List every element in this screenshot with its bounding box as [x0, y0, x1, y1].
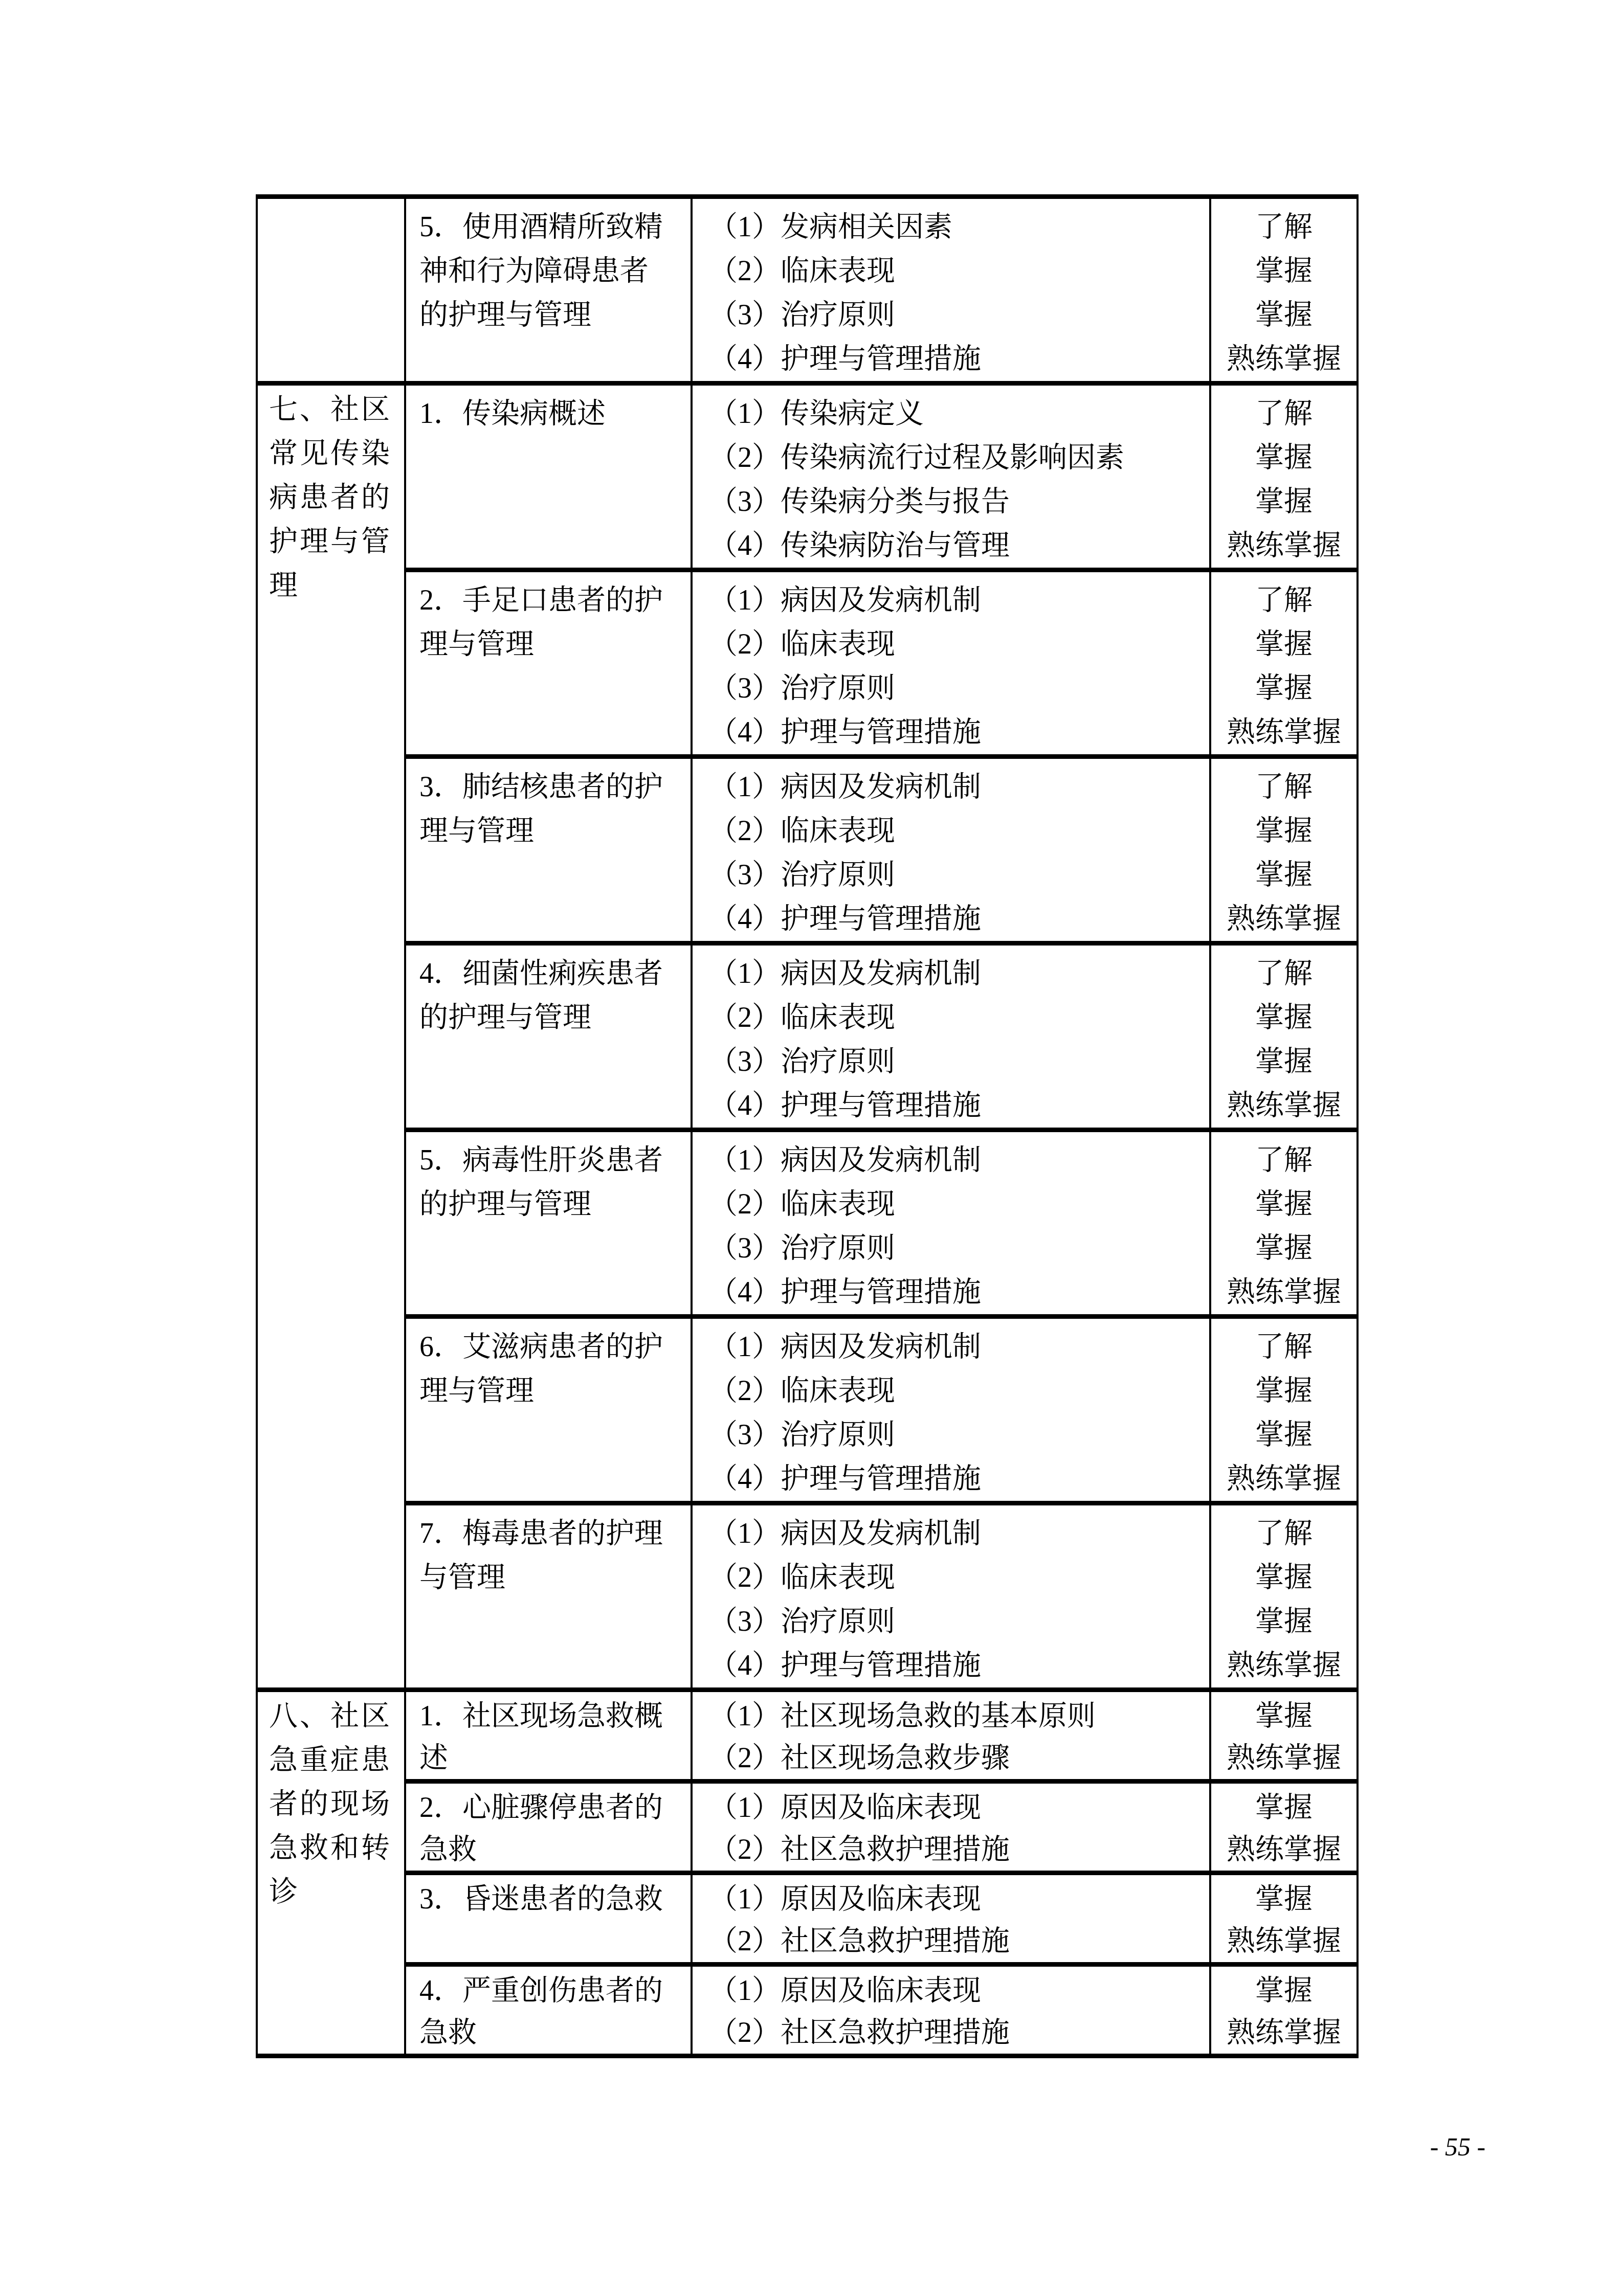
points-stack: （1）原因及临床表现（2）社区急救护理措施	[693, 1967, 1209, 2054]
item-text: 5．使用酒精所致精神和行为障碍患者的护理与管理	[419, 205, 675, 337]
requirement-line: 掌握	[1211, 996, 1356, 1040]
requirement-line: 掌握	[1211, 1040, 1356, 1084]
point-line: （1）发病相关因素	[709, 205, 1209, 249]
requirements-cell: 掌握熟练掌握	[1210, 1782, 1358, 1873]
requirements-cell: 了解掌握掌握熟练掌握	[1210, 1317, 1358, 1503]
requirements-stack: 了解掌握掌握熟练掌握	[1211, 386, 1356, 568]
points-cell: （1）原因及临床表现（2）社区急救护理措施	[692, 1965, 1210, 2056]
point-line: （3）治疗原则	[709, 293, 1209, 337]
item-cell: 5．使用酒精所致精神和行为障碍患者的护理与管理	[405, 197, 692, 384]
table-row: 5．病毒性肝炎患者的护理与管理（1）病因及发病机制（2）临床表现（3）治疗原则（…	[257, 1130, 1358, 1317]
point-line: （1）病因及发病机制	[709, 578, 1209, 622]
requirement-line: 熟练掌握	[1211, 1737, 1356, 1779]
item-text: 7．梅毒患者的护理与管理	[419, 1512, 675, 1600]
item-cell: 3．昏迷患者的急救	[405, 1873, 692, 1965]
requirement-line: 熟练掌握	[1211, 710, 1356, 754]
point-line: （4）护理与管理措施	[709, 897, 1209, 941]
requirement-line: 了解	[1211, 1512, 1356, 1556]
requirement-line: 了解	[1211, 765, 1356, 809]
requirement-line: 了解	[1211, 392, 1356, 436]
requirement-line: 熟练掌握	[1211, 524, 1356, 568]
item-text: 1．社区现场急救概述	[419, 1695, 675, 1779]
point-line: （3）治疗原则	[709, 666, 1209, 710]
requirements-stack: 掌握熟练掌握	[1211, 1967, 1356, 2054]
point-line: （3）治疗原则	[709, 1600, 1209, 1644]
item-text: 1．传染病概述	[419, 392, 675, 436]
requirements-stack: 了解掌握掌握熟练掌握	[1211, 572, 1356, 754]
point-line: （3）治疗原则	[709, 1413, 1209, 1457]
requirements-stack: 了解掌握掌握熟练掌握	[1211, 199, 1356, 381]
requirement-line: 了解	[1211, 1138, 1356, 1182]
point-line: （1）原因及临床表现	[709, 1787, 1209, 1829]
point-line: （1）病因及发病机制	[709, 765, 1209, 809]
table-row: 6．艾滋病患者的护理与管理（1）病因及发病机制（2）临床表现（3）治疗原则（4）…	[257, 1317, 1358, 1503]
requirements-cell: 掌握熟练掌握	[1210, 1690, 1358, 1782]
point-line: （4）护理与管理措施	[709, 1644, 1209, 1687]
point-line: （1）原因及临床表现	[709, 1878, 1209, 1920]
points-cell: （1）发病相关因素（2）临床表现（3）治疗原则（4）护理与管理措施	[692, 197, 1210, 384]
requirement-line: 熟练掌握	[1211, 337, 1356, 381]
table-row: 4．细菌性痢疾患者的护理与管理（1）病因及发病机制（2）临床表现（3）治疗原则（…	[257, 943, 1358, 1130]
item-text: 3．肺结核患者的护理与管理	[419, 765, 675, 853]
item-cell: 1．社区现场急救概述	[405, 1690, 692, 1782]
requirements-stack: 了解掌握掌握熟练掌握	[1211, 1132, 1356, 1314]
points-cell: （1）病因及发病机制（2）临床表现（3）治疗原则（4）护理与管理措施	[692, 570, 1210, 757]
point-line: （2）临床表现	[709, 1369, 1209, 1413]
requirements-stack: 掌握熟练掌握	[1211, 1875, 1356, 1962]
points-stack: （1）病因及发病机制（2）临床表现（3）治疗原则（4）护理与管理措施	[693, 759, 1209, 941]
requirements-stack: 了解掌握掌握熟练掌握	[1211, 759, 1356, 941]
point-line: （1）原因及临床表现	[709, 1970, 1209, 2012]
requirements-cell: 了解掌握掌握熟练掌握	[1210, 197, 1358, 384]
point-line: （2）临床表现	[709, 249, 1209, 293]
item-cell: 3．肺结核患者的护理与管理	[405, 757, 692, 943]
requirement-line: 熟练掌握	[1211, 1920, 1356, 1962]
unit-cell	[257, 197, 405, 384]
point-line: （2）社区急救护理措施	[709, 1920, 1209, 1962]
item-cell: 7．梅毒患者的护理与管理	[405, 1503, 692, 1690]
item-cell: 2．心脏骤停患者的急救	[405, 1782, 692, 1873]
requirement-line: 掌握	[1211, 666, 1356, 710]
requirements-stack: 掌握熟练掌握	[1211, 1784, 1356, 1871]
table-row: 7．梅毒患者的护理与管理（1）病因及发病机制（2）临床表现（3）治疗原则（4）护…	[257, 1503, 1358, 1690]
item-cell: 6．艾滋病患者的护理与管理	[405, 1317, 692, 1503]
points-stack: （1）病因及发病机制（2）临床表现（3）治疗原则（4）护理与管理措施	[693, 572, 1209, 754]
point-line: （1）病因及发病机制	[709, 1512, 1209, 1556]
point-line: （2）社区急救护理措施	[709, 2012, 1209, 2054]
item-cell: 4．严重创伤患者的急救	[405, 1965, 692, 2056]
unit-text: 八、社区急重症患者的现场急救和转诊	[269, 1694, 390, 1914]
page-number: - 55 -	[1409, 2131, 1506, 2162]
point-line: （1）病因及发病机制	[709, 1325, 1209, 1369]
requirement-line: 熟练掌握	[1211, 1644, 1356, 1687]
point-line: （3）治疗原则	[709, 1040, 1209, 1084]
requirement-line: 掌握	[1211, 853, 1356, 897]
document-page: 5．使用酒精所致精神和行为障碍患者的护理与管理（1）发病相关因素（2）临床表现（…	[0, 0, 1624, 2296]
item-text: 2．手足口患者的护理与管理	[419, 578, 675, 666]
item-text: 4．细菌性痢疾患者的护理与管理	[419, 952, 675, 1040]
item-text: 6．艾滋病患者的护理与管理	[419, 1325, 675, 1413]
points-stack: （1）发病相关因素（2）临床表现（3）治疗原则（4）护理与管理措施	[693, 199, 1209, 381]
requirement-line: 熟练掌握	[1211, 897, 1356, 941]
points-stack: （1）原因及临床表现（2）社区急救护理措施	[693, 1875, 1209, 1962]
point-line: （2）临床表现	[709, 1556, 1209, 1600]
requirements-cell: 了解掌握掌握熟练掌握	[1210, 570, 1358, 757]
syllabus-table-body: 5．使用酒精所致精神和行为障碍患者的护理与管理（1）发病相关因素（2）临床表现（…	[257, 197, 1358, 2056]
point-line: （1）社区现场急救的基本原则	[709, 1695, 1209, 1737]
point-line: （2）社区现场急救步骤	[709, 1737, 1209, 1779]
requirement-line: 熟练掌握	[1211, 1457, 1356, 1501]
table-row: 2．心脏骤停患者的急救（1）原因及临床表现（2）社区急救护理措施掌握熟练掌握	[257, 1782, 1358, 1873]
point-line: （1）传染病定义	[709, 392, 1209, 436]
point-line: （4）传染病防治与管理	[709, 524, 1209, 568]
requirement-line: 熟练掌握	[1211, 1270, 1356, 1314]
point-line: （2）临床表现	[709, 622, 1209, 666]
point-line: （1）病因及发病机制	[709, 1138, 1209, 1182]
point-line: （4）护理与管理措施	[709, 1270, 1209, 1314]
point-line: （2）临床表现	[709, 1182, 1209, 1226]
requirement-line: 掌握	[1211, 293, 1356, 337]
item-text: 3．昏迷患者的急救	[419, 1878, 675, 1920]
requirements-stack: 掌握熟练掌握	[1211, 1692, 1356, 1779]
requirement-line: 掌握	[1211, 1787, 1356, 1829]
table-row: 4．严重创伤患者的急救（1）原因及临床表现（2）社区急救护理措施掌握熟练掌握	[257, 1965, 1358, 2056]
points-stack: （1）病因及发病机制（2）临床表现（3）治疗原则（4）护理与管理措施	[693, 946, 1209, 1128]
points-cell: （1）传染病定义（2）传染病流行过程及影响因素（3）传染病分类与报告（4）传染病…	[692, 384, 1210, 570]
item-cell: 5．病毒性肝炎患者的护理与管理	[405, 1130, 692, 1317]
item-cell: 2．手足口患者的护理与管理	[405, 570, 692, 757]
item-text: 2．心脏骤停患者的急救	[419, 1787, 675, 1871]
requirements-cell: 了解掌握掌握熟练掌握	[1210, 1130, 1358, 1317]
requirement-line: 掌握	[1211, 436, 1356, 480]
point-line: （4）护理与管理措施	[709, 710, 1209, 754]
requirement-line: 熟练掌握	[1211, 1084, 1356, 1128]
requirement-line: 掌握	[1211, 1413, 1356, 1457]
requirement-line: 掌握	[1211, 1226, 1356, 1270]
points-cell: （1）原因及临床表现（2）社区急救护理措施	[692, 1782, 1210, 1873]
requirements-cell: 掌握熟练掌握	[1210, 1965, 1358, 2056]
requirements-stack: 了解掌握掌握熟练掌握	[1211, 1319, 1356, 1501]
requirement-line: 熟练掌握	[1211, 1829, 1356, 1871]
requirement-line: 了解	[1211, 205, 1356, 249]
item-text: 4．严重创伤患者的急救	[419, 1970, 675, 2054]
requirement-line: 掌握	[1211, 1369, 1356, 1413]
requirements-cell: 了解掌握掌握熟练掌握	[1210, 757, 1358, 943]
requirement-line: 了解	[1211, 1325, 1356, 1369]
point-line: （3）治疗原则	[709, 853, 1209, 897]
points-stack: （1）病因及发病机制（2）临床表现（3）治疗原则（4）护理与管理措施	[693, 1319, 1209, 1501]
requirement-line: 掌握	[1211, 1970, 1356, 2012]
table-row: 5．使用酒精所致精神和行为障碍患者的护理与管理（1）发病相关因素（2）临床表现（…	[257, 197, 1358, 384]
requirement-line: 掌握	[1211, 1600, 1356, 1644]
point-line: （2）社区急救护理措施	[709, 1829, 1209, 1871]
points-cell: （1）病因及发病机制（2）临床表现（3）治疗原则（4）护理与管理措施	[692, 1317, 1210, 1503]
table-row: 七、社区常见传染病患者的护理与管理1．传染病概述（1）传染病定义（2）传染病流行…	[257, 384, 1358, 570]
unit-text: 七、社区常见传染病患者的护理与管理	[269, 388, 390, 607]
requirements-stack: 了解掌握掌握熟练掌握	[1211, 1505, 1356, 1687]
point-line: （1）病因及发病机制	[709, 952, 1209, 996]
points-stack: （1）原因及临床表现（2）社区急救护理措施	[693, 1784, 1209, 1871]
points-cell: （1）病因及发病机制（2）临床表现（3）治疗原则（4）护理与管理措施	[692, 943, 1210, 1130]
requirements-cell: 了解掌握掌握熟练掌握	[1210, 1503, 1358, 1690]
syllabus-table: 5．使用酒精所致精神和行为障碍患者的护理与管理（1）发病相关因素（2）临床表现（…	[256, 194, 1359, 2058]
points-cell: （1）病因及发病机制（2）临床表现（3）治疗原则（4）护理与管理措施	[692, 757, 1210, 943]
points-stack: （1）病因及发病机制（2）临床表现（3）治疗原则（4）护理与管理措施	[693, 1505, 1209, 1687]
requirement-line: 了解	[1211, 578, 1356, 622]
points-stack: （1）社区现场急救的基本原则（2）社区现场急救步骤	[693, 1692, 1209, 1779]
point-line: （3）传染病分类与报告	[709, 480, 1209, 524]
requirement-line: 掌握	[1211, 622, 1356, 666]
point-line: （4）护理与管理措施	[709, 337, 1209, 381]
table-row: 八、社区急重症患者的现场急救和转诊1．社区现场急救概述（1）社区现场急救的基本原…	[257, 1690, 1358, 1782]
point-line: （2）传染病流行过程及影响因素	[709, 436, 1209, 480]
points-stack: （1）传染病定义（2）传染病流行过程及影响因素（3）传染病分类与报告（4）传染病…	[693, 386, 1209, 568]
point-line: （3）治疗原则	[709, 1226, 1209, 1270]
requirement-line: 掌握	[1211, 1556, 1356, 1600]
point-line: （2）临床表现	[709, 809, 1209, 853]
requirement-line: 熟练掌握	[1211, 2012, 1356, 2054]
points-cell: （1）社区现场急救的基本原则（2）社区现场急救步骤	[692, 1690, 1210, 1782]
point-line: （2）临床表现	[709, 996, 1209, 1040]
requirements-cell: 掌握熟练掌握	[1210, 1873, 1358, 1965]
requirements-cell: 了解掌握掌握熟练掌握	[1210, 943, 1358, 1130]
points-cell: （1）病因及发病机制（2）临床表现（3）治疗原则（4）护理与管理措施	[692, 1130, 1210, 1317]
table-row: 2．手足口患者的护理与管理（1）病因及发病机制（2）临床表现（3）治疗原则（4）…	[257, 570, 1358, 757]
item-text: 5．病毒性肝炎患者的护理与管理	[419, 1138, 675, 1226]
table-row: 3．昏迷患者的急救（1）原因及临床表现（2）社区急救护理措施掌握熟练掌握	[257, 1873, 1358, 1965]
point-line: （4）护理与管理措施	[709, 1457, 1209, 1501]
requirement-line: 掌握	[1211, 809, 1356, 853]
unit-cell: 七、社区常见传染病患者的护理与管理	[257, 384, 405, 1690]
requirement-line: 掌握	[1211, 1695, 1356, 1737]
points-cell: （1）病因及发病机制（2）临床表现（3）治疗原则（4）护理与管理措施	[692, 1503, 1210, 1690]
requirements-cell: 了解掌握掌握熟练掌握	[1210, 384, 1358, 570]
requirement-line: 了解	[1211, 952, 1356, 996]
point-line: （4）护理与管理措施	[709, 1084, 1209, 1128]
table-row: 3．肺结核患者的护理与管理（1）病因及发病机制（2）临床表现（3）治疗原则（4）…	[257, 757, 1358, 943]
requirement-line: 掌握	[1211, 1878, 1356, 1920]
points-stack: （1）病因及发病机制（2）临床表现（3）治疗原则（4）护理与管理措施	[693, 1132, 1209, 1314]
requirements-stack: 了解掌握掌握熟练掌握	[1211, 946, 1356, 1128]
item-cell: 4．细菌性痢疾患者的护理与管理	[405, 943, 692, 1130]
item-cell: 1．传染病概述	[405, 384, 692, 570]
requirement-line: 掌握	[1211, 1182, 1356, 1226]
points-cell: （1）原因及临床表现（2）社区急救护理措施	[692, 1873, 1210, 1965]
unit-cell: 八、社区急重症患者的现场急救和转诊	[257, 1690, 405, 2056]
requirement-line: 掌握	[1211, 249, 1356, 293]
requirement-line: 掌握	[1211, 480, 1356, 524]
